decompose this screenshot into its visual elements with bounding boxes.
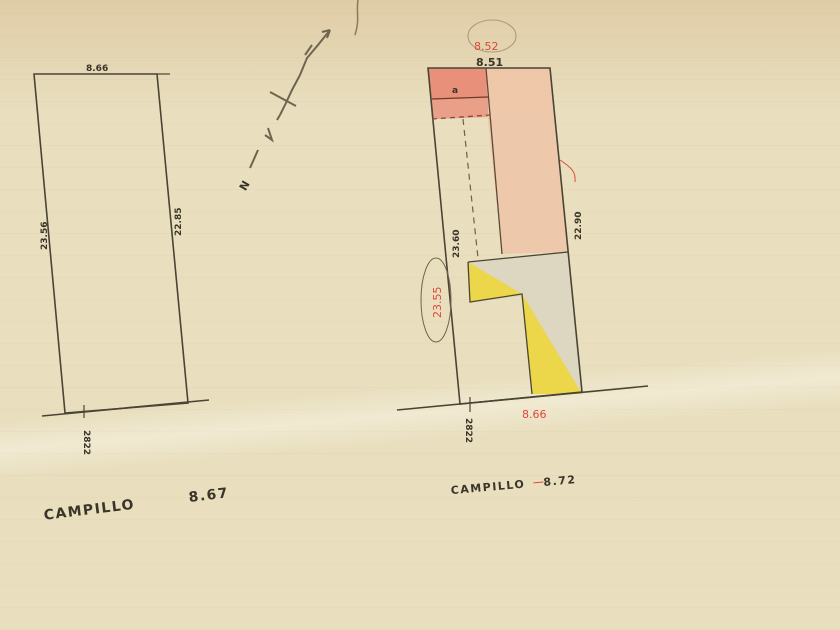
plan-drawing: N 8.66 23.56 22.85 2822 CAMPILLO 8.67 [0, 0, 840, 630]
plot-left-right-dimension: 22.85 [174, 208, 184, 236]
plot-left-top-dimension: 8.66 [86, 64, 108, 74]
street-name-right: CAMPILLO [450, 478, 526, 497]
north-label: N [237, 178, 253, 192]
red-dash [533, 482, 543, 483]
plot-right: 8.52 8.51 a 23.60 23.55 22.90 8.66 2822 … [397, 20, 648, 497]
plot-right-top-dimension-red: 8.52 [474, 40, 499, 53]
street-name-left: CAMPILLO [43, 497, 136, 524]
plot-right-right-dimension: 22.90 [574, 212, 584, 240]
dashed-line-vertical [463, 119, 478, 258]
building-label-a: a [452, 86, 458, 96]
street-frontage-right: 8.72 [543, 473, 577, 489]
street-line-right [397, 386, 648, 410]
plan-sheet: N 8.66 23.56 22.85 2822 CAMPILLO 8.67 [0, 0, 840, 630]
street-frontage-left: 8.67 [188, 485, 230, 506]
building-pink-area [486, 68, 568, 254]
plot-left-tick-label: 2822 [81, 430, 91, 455]
plot-left: 8.66 23.56 22.85 2822 CAMPILLO 8.67 [34, 64, 230, 524]
plot-right-bottom-dimension-red: 8.66 [522, 408, 547, 421]
paper-crack [355, 0, 358, 35]
plot-right-left-dimension: 23.60 [452, 230, 462, 258]
callout-curve [560, 160, 575, 182]
north-arrow-icon [250, 30, 330, 168]
plot-right-left-dimension-red: 23.55 [431, 287, 444, 319]
plot-left-left-dimension: 23.56 [40, 222, 50, 250]
plot-left-outline [34, 74, 188, 413]
plot-right-top-dimension: 8.51 [476, 56, 503, 69]
plot-right-tick-label: 2822 [463, 418, 473, 443]
street-line-left [42, 400, 209, 416]
